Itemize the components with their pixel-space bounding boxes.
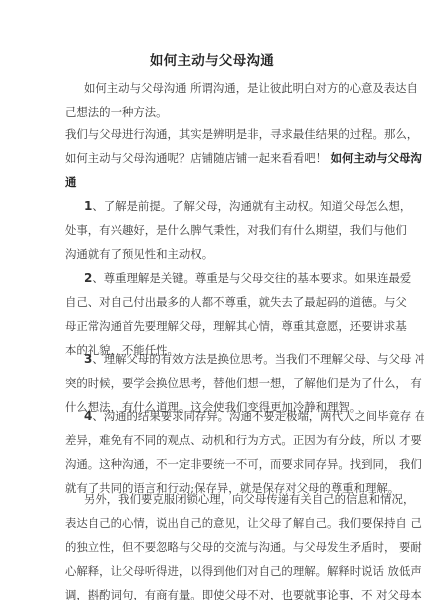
inline-bold-heading: 如何主动与父母沟 — [331, 151, 422, 165]
paragraph-line: 如何主动与父母沟通呢？店铺随店铺一起来看看吧！ 如何主动与父母沟 — [65, 151, 361, 165]
paragraph-line: 己想法的一种方法。 — [65, 105, 361, 119]
paragraph-line: 心解释，让父母听得进，以得到他们对自己的理解。解释时说话 放低声 — [65, 564, 361, 578]
paragraph-line: 2、尊重理解是关键。尊重是与父母交往的基本要求。如果连最爱 — [84, 271, 361, 285]
paragraph-line: 另外，我们要克服闭锁心理，向父母传递有关自己的信息和情况， — [84, 492, 361, 506]
paragraph-line: 的独立性，但不要忽略与父母的交流与沟通。与父母发生矛盾时， 要耐 — [65, 540, 361, 554]
paragraph-line: 1、了解是前提。了解父母，沟通就有主动权。知道父母怎么想， — [84, 199, 361, 213]
paragraph-line: 处事，有兴趣好，是什么脾气秉性，对我们有什么期望，我们与他们 — [65, 223, 361, 237]
paragraph-line: 4、沟通的结果要求同存异。沟通不要走极端，两代人之间毕竟存 在 — [84, 409, 361, 423]
paragraph-line: 突的时候，要学会换位思考，替他们想一想，了解他们是为了什么， 有 — [65, 376, 361, 390]
paragraph-line: 我们与父母进行沟通，其实是辨明是非，寻求最佳结果的过程。那么， — [65, 127, 361, 141]
paragraph-line: 母正常沟通首先要理解父母，理解其心情，尊重其意愿，还要讲求基 — [65, 319, 361, 333]
paragraph-text: 如何主动与父母沟通呢？店铺随店铺一起来看看吧！ — [65, 151, 327, 165]
document-title: 如何主动与父母沟通 — [0, 49, 424, 69]
paragraph-text: 、了解是前提。了解父母，沟通就有主动权。知道父母怎么想， — [92, 199, 411, 213]
paragraph-line: 通 — [65, 175, 361, 189]
paragraph-line: 自己、对自己付出最多的人都不尊重，就失去了最起码的道德。与父 — [65, 295, 361, 309]
paragraph-line: 调，斟酌词句，有商有量。即使父母不对，也要就事论事，不 对父母本 — [65, 588, 361, 600]
paragraph-line: 差异，难免有不同的观点、动机和行为方式。正因为有分歧，所以 才要 — [65, 433, 361, 447]
paragraph-line: 表达自己的心情，说出自己的意见，让父母了解自己。我们要保持自 己 — [65, 516, 361, 530]
paragraph-text: 、尊重理解是关键。尊重是与父母交往的基本要求。如果连最爱 — [92, 271, 411, 285]
document-page: 如何主动与父母沟通 如何主动与父母沟通 所谓沟通，是让彼此明白对方的心意及表达自… — [0, 0, 424, 600]
paragraph-line: 如何主动与父母沟通 所谓沟通，是让彼此明白对方的心意及表达自 — [84, 81, 361, 95]
paragraph-text: 、理解父母的有效方法是换位思考。当我们不理解父母、与父母 冲 — [92, 352, 424, 366]
paragraph-text: 、沟通的结果要求同存异。沟通不要走极端，两代人之间毕竟存 在 — [92, 409, 424, 423]
paragraph-line: 沟通。这种沟通，不一定非要统一不可，而要求同存异。找到同， 我们 — [65, 457, 361, 471]
paragraph-line: 3、理解父母的有效方法是换位思考。当我们不理解父母、与父母 冲 — [84, 352, 361, 366]
paragraph-line: 沟通就有了预见性和主动权。 — [65, 247, 361, 261]
